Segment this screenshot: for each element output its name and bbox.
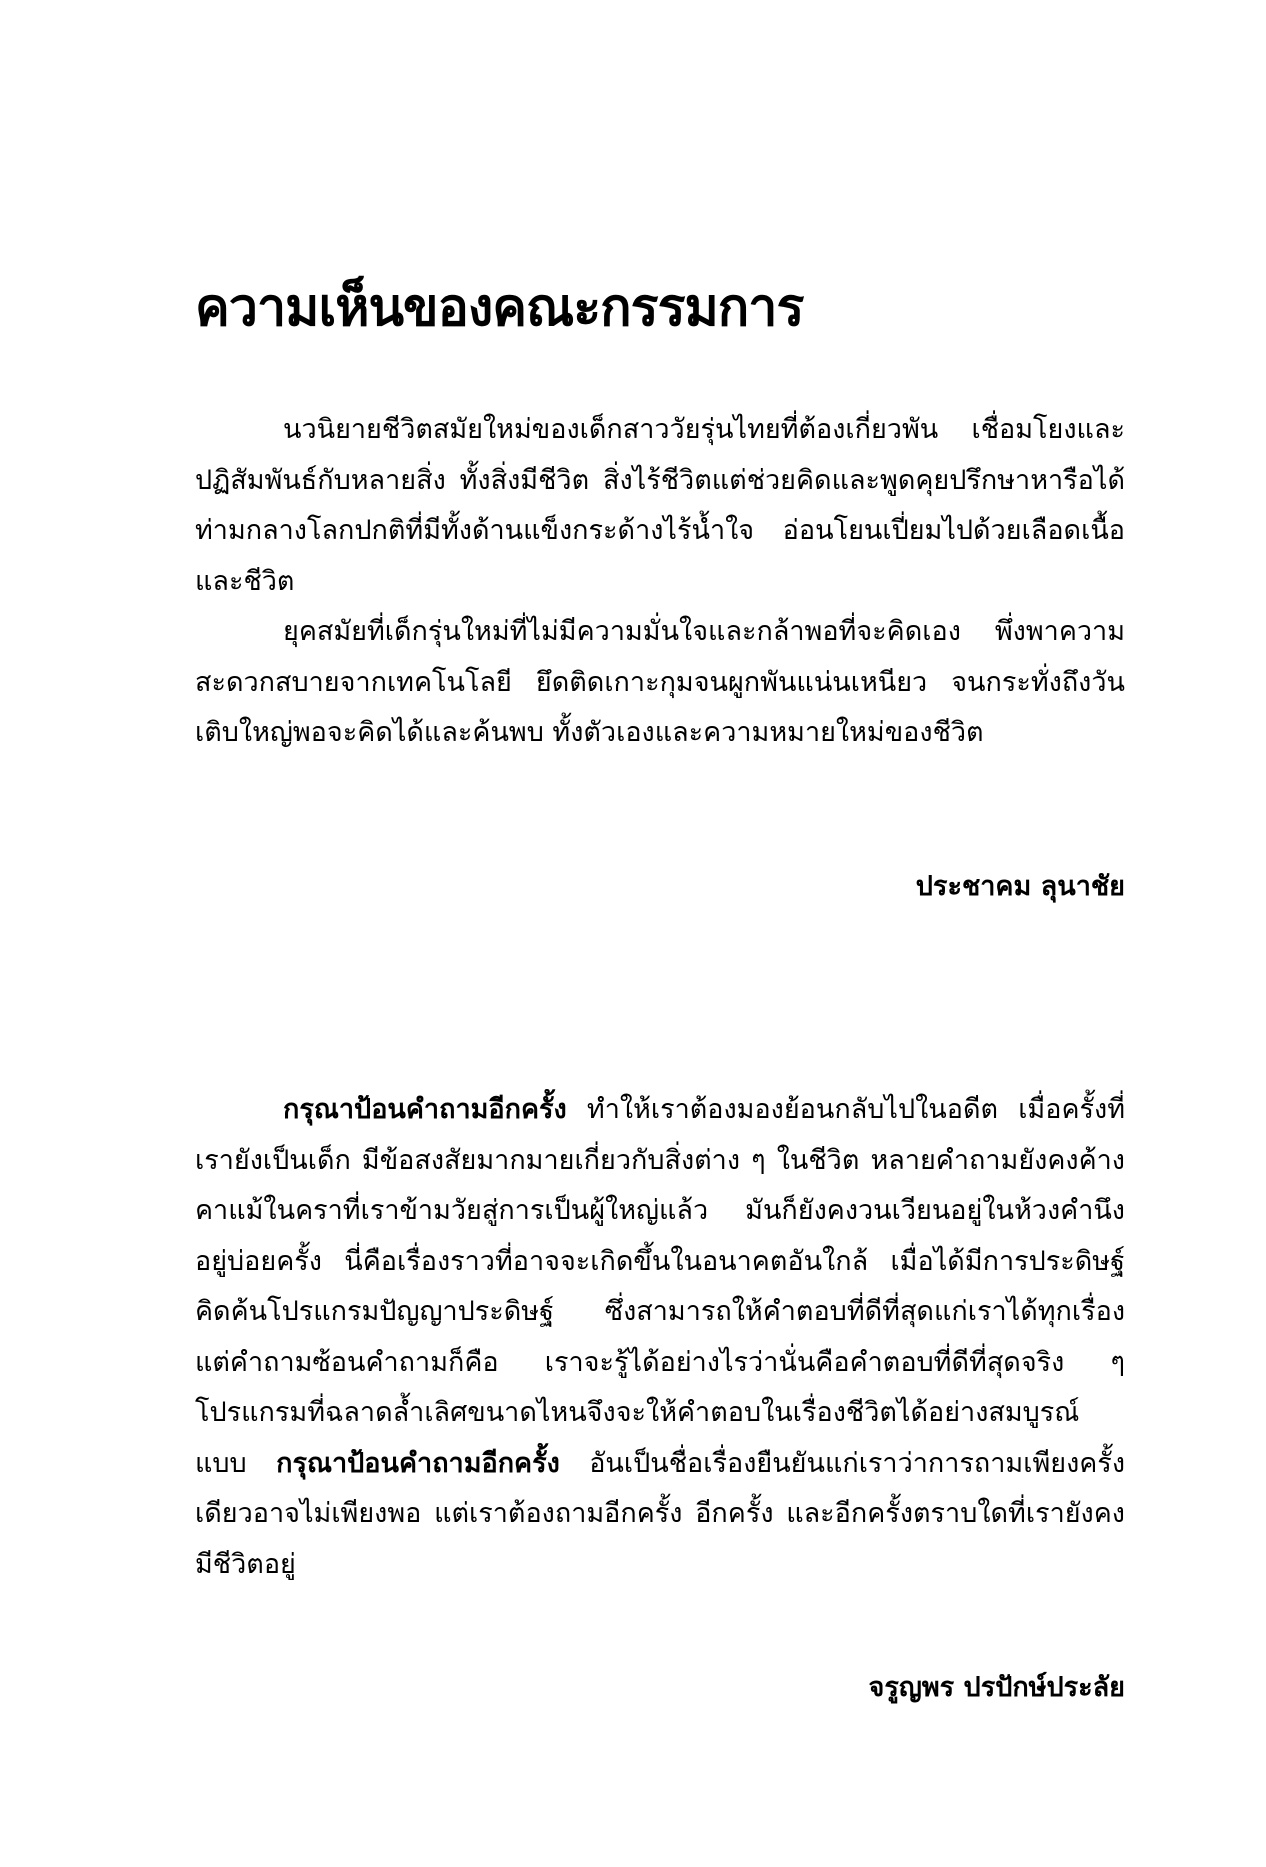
page-title: ความเห็นของคณะกรรมการ xyxy=(195,268,803,348)
signature-author-1: ประชาคม ลุนาชัย xyxy=(195,862,1125,912)
book-title-emphasis: กรุณาป้อนคำถามอีกครั้ง xyxy=(276,1448,560,1479)
committee-opinion-2: กรุณาป้อนคำถามอีกครั้ง ทำให้เราต้องมองย้… xyxy=(195,1085,1125,1590)
book-title-emphasis: กรุณาป้อนคำถามอีกครั้ง xyxy=(283,1094,567,1125)
paragraph: นวนิยายชีวิตสมัยใหม่ของเด็กสาววัยรุ่นไทย… xyxy=(195,405,1125,607)
paragraph-text: ทำให้เราต้องมองย้อนกลับไปในอดีต เมื่อครั… xyxy=(195,1094,1125,1479)
paragraph: ยุคสมัยที่เด็กรุ่นใหม่ที่ไม่มีความมั่นใจ… xyxy=(195,607,1125,759)
committee-opinion-1: นวนิยายชีวิตสมัยใหม่ของเด็กสาววัยรุ่นไทย… xyxy=(195,405,1125,759)
signature-author-2: จรูญพร ปรปักษ์ประลัย xyxy=(195,1663,1125,1713)
paragraph: กรุณาป้อนคำถามอีกครั้ง ทำให้เราต้องมองย้… xyxy=(195,1085,1125,1590)
